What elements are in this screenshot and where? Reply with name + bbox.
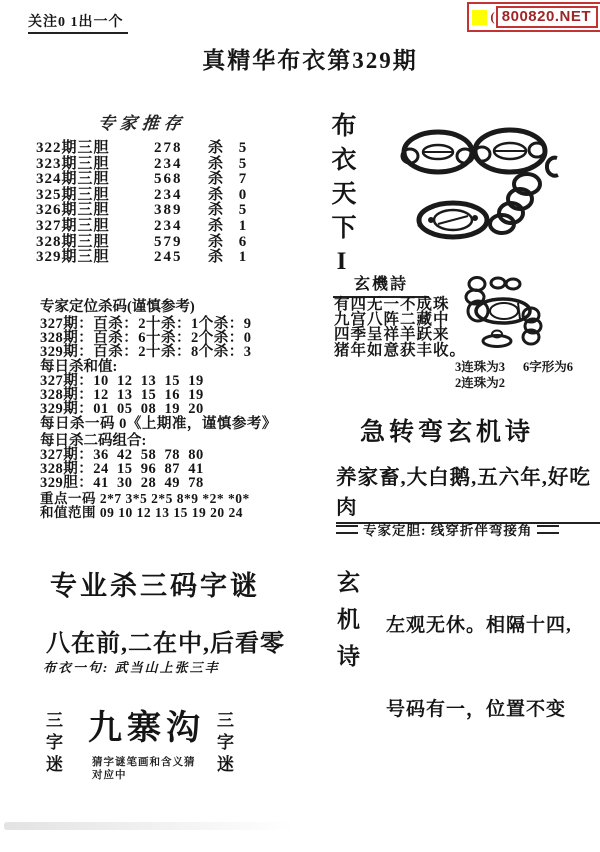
row-period: 326期三胆 — [36, 203, 154, 219]
three-char-label-left: 三字迷 — [40, 711, 65, 777]
expert-recommend-title: 专家推存 — [97, 109, 188, 134]
buyi-tianxia-vertical-title: 布衣天下I — [323, 112, 359, 284]
xuanji-poem-vertical-title: 玄机诗 — [330, 570, 363, 681]
row-period: 322期三胆 — [36, 141, 154, 157]
riddle-title: 专业杀三码字谜 — [50, 564, 260, 603]
three-char-note-line2: 对应中 — [92, 769, 196, 782]
badge-prefix: ( — [490, 9, 494, 25]
bead-note-1: 3连珠为3 — [455, 360, 505, 374]
watch-note: 关注0 1出一个 — [28, 11, 128, 34]
row-kill: 杀 6 — [208, 235, 252, 251]
bead-notes: 3连珠为36字形为6 2连珠为2 — [455, 359, 573, 391]
bead-chain-doodle-top — [398, 126, 593, 248]
mystery-poem-title: 玄機詩 — [333, 271, 429, 298]
three-char-note-line1: 猜字谜笔画和含义猜 — [92, 756, 196, 769]
row-kill: 杀 5 — [208, 203, 252, 219]
scan-smudge-artifact — [4, 822, 294, 830]
row-numbers: 579 — [154, 235, 208, 251]
poem-line: 左观无休。相隔十四, — [386, 612, 572, 640]
poem-line: 号码有一，位置不变 — [386, 696, 572, 724]
three-char-label-right: 三字迷 — [211, 711, 236, 777]
riddle-main-line: 八在前,二在中,后看零 — [46, 623, 285, 658]
row-numbers: 234 — [154, 219, 208, 235]
sum-range-line: 和值范围 09 10 12 13 15 19 20 24 — [40, 501, 243, 521]
divider-rule-right — [537, 525, 559, 534]
table-row: 324期三胆 568 杀 7 — [36, 172, 266, 188]
table-row: 328期三胆 579 杀 6 — [36, 235, 266, 251]
expert-recommend-list: 322期三胆 278 杀 5 323期三胆 234 杀 5 324期三胆 568… — [36, 141, 266, 266]
bead-note-2: 6字形为6 — [523, 360, 573, 374]
sharp-turn-verse: 养家畜,大白鹅,五六年,好吃肉 — [336, 460, 600, 524]
yellow-swatch-icon — [472, 10, 487, 25]
row-kill: 杀 1 — [208, 250, 252, 266]
mystery-poem-lines: 有四无一不成珠 九宫八阵二藏中 四季呈祥羊跃来 猪年如意获丰收。 — [334, 297, 466, 358]
expert-dan-divider: 专家定胆: 线穿折伴弯接角 — [336, 519, 552, 539]
bead-note-3: 2连珠为2 — [455, 375, 573, 391]
row-kill: 杀 1 — [208, 219, 252, 235]
row-period: 327期三胆 — [36, 219, 154, 235]
bead-chain-doodle-side — [452, 272, 557, 357]
site-badge[interactable]: ( 800820.NET — [467, 2, 600, 32]
table-row: 329期三胆 245 杀 1 — [36, 250, 266, 266]
page-title: 真精华布衣第329期 — [0, 42, 600, 75]
row-period: 328期三胆 — [36, 235, 154, 251]
row-kill: 杀 7 — [208, 172, 252, 188]
row-kill: 杀 5 — [208, 157, 252, 173]
poem-line: 有四无一不成珠 — [334, 297, 466, 312]
divider-text: 专家定胆: 线穿折伴弯接角 — [363, 519, 532, 539]
three-char-note: 猜字谜笔画和含义猜 对应中 — [92, 756, 196, 782]
scanned-lottery-sheet: 关注0 1出一个 ( 800820.NET 真精华布衣第329期 专家推存 32… — [0, 0, 600, 852]
row-numbers: 234 — [154, 157, 208, 173]
xuanji-poem-lines: 左观无休。相隔十四, 号码有一，位置不变 — [386, 556, 572, 780]
table-row: 322期三胆 278 杀 5 — [36, 141, 266, 157]
table-row: 323期三胆 234 杀 5 — [36, 157, 266, 173]
row-period: 323期三胆 — [36, 157, 154, 173]
row-numbers: 234 — [154, 188, 208, 204]
row-numbers: 278 — [154, 141, 208, 157]
sharp-turn-title: 急转弯玄机诗 — [360, 412, 534, 448]
table-row: 326期三胆 389 杀 5 — [36, 203, 266, 219]
row-period: 324期三胆 — [36, 172, 154, 188]
row-period: 329期三胆 — [36, 250, 154, 266]
site-domain[interactable]: 800820.NET — [496, 6, 598, 28]
row-numbers: 389 — [154, 203, 208, 219]
riddle-note: 布衣一句: 武当山上张三丰 — [43, 657, 220, 676]
poem-line: 四季呈祥羊跃来 — [334, 327, 466, 342]
row-kill: 杀 5 — [208, 141, 252, 157]
three-char-answer: 九寨沟 — [88, 700, 205, 749]
row-numbers: 568 — [154, 172, 208, 188]
row-numbers: 245 — [154, 250, 208, 266]
divider-rule-left — [336, 525, 358, 534]
poem-line: 猪年如意获丰收。 — [334, 343, 466, 358]
table-row: 327期三胆 234 杀 1 — [36, 219, 266, 235]
